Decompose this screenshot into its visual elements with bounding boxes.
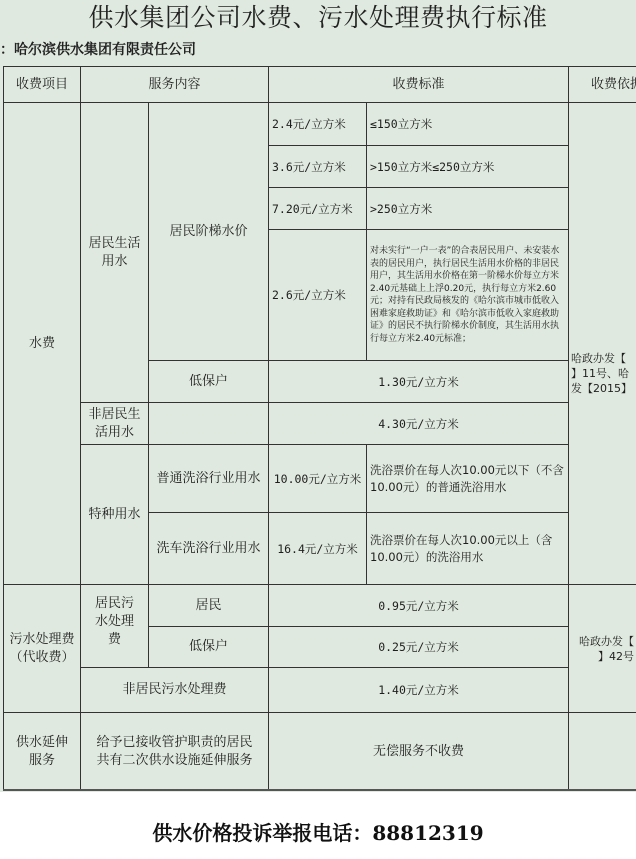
sewage-resident-label: 居民 [148, 584, 268, 626]
sewage-resident-price: 0.95元/立方米 [268, 584, 568, 626]
bathing-water-desc: 洗浴票价在每人次10.00元以下（不含10.00元）的普通洗浴用水 [366, 444, 568, 512]
extension-service-standard: 无偿服务不收费 [268, 712, 568, 790]
header-basis: 收费依据 [568, 66, 636, 102]
residential-sewage-label: 居民污水处理费 [80, 584, 148, 667]
tier-4-price: 2.6元/立方米 [268, 229, 366, 360]
tier-2-price: 3.6元/立方米 [268, 145, 366, 187]
bathing-water-price: 10.00元/立方米 [268, 444, 366, 512]
tier-3-price: 7.20元/立方米 [268, 187, 366, 229]
fee-standard-sheet: 供水集团公司水费、污水处理费执行标准 ：哈尔滨供水集团有限责任公司 收费项目 服… [0, 0, 636, 792]
tiered-price-label: 居民阶梯水价 [148, 102, 268, 360]
header-item: 收费项目 [3, 66, 80, 102]
tier-4-note: 对未实行“一户一表”的合表居民用户、未安装水表的居民用户，执行居民生活用水价格的… [366, 229, 568, 360]
extension-service-content: 给予已接收管护职责的居民共有二次供水设施延伸服务 [80, 712, 268, 790]
residential-water-label: 居民生活用水 [80, 102, 148, 402]
sewage-fee-label: 污水处理费（代收费） [3, 584, 80, 712]
sewage-fee-basis: 哈政办发【 】42号 [568, 584, 636, 712]
tier-1-price: 2.4元/立方米 [268, 102, 366, 145]
non-residential-sewage-price: 1.40元/立方米 [268, 667, 568, 712]
low-income-price: 1.30元/立方米 [268, 360, 568, 402]
non-residential-price: 4.30元/立方米 [268, 402, 568, 444]
tier-1-range: ≤150立方米 [366, 102, 568, 145]
carwash-water-price: 16.4元/立方米 [268, 512, 366, 584]
extension-service-basis [568, 712, 636, 790]
tier-3-range: >250立方米 [366, 187, 568, 229]
sewage-low-income-price: 0.25元/立方米 [268, 626, 568, 667]
non-residential-empty-cell [148, 402, 268, 444]
low-income-label: 低保户 [148, 360, 268, 402]
carwash-water-label: 洗车洗浴行业用水 [148, 512, 268, 584]
sewage-low-income-label: 低保户 [148, 626, 268, 667]
water-fee-label: 水费 [3, 102, 80, 584]
special-water-label: 特种用水 [80, 444, 148, 584]
bathing-water-label: 普通洗浴行业用水 [148, 444, 268, 512]
carwash-water-desc: 洗浴票价在每人次10.00元以上（含10.00元）的洗浴用水 [366, 512, 568, 584]
header-standard: 收费标准 [268, 66, 568, 102]
header-service: 服务内容 [80, 66, 268, 102]
water-fee-basis: 哈政办发【 】11号、哈 发【2015】 [568, 102, 636, 584]
extension-service-label: 供水延伸服务 [3, 712, 80, 790]
complaint-hotline: 供水价格投诉举报电话：88812319 [0, 820, 636, 846]
non-residential-sewage-label: 非居民污水处理费 [80, 667, 268, 712]
company-name: ：哈尔滨供水集团有限责任公司 [0, 40, 196, 60]
non-residential-water-label: 非居民生活用水 [80, 402, 148, 444]
document-title: 供水集团公司水费、污水处理费执行标准 [0, 2, 636, 34]
tier-2-range: >150立方米≤250立方米 [366, 145, 568, 187]
table-bottom-border [3, 789, 636, 791]
